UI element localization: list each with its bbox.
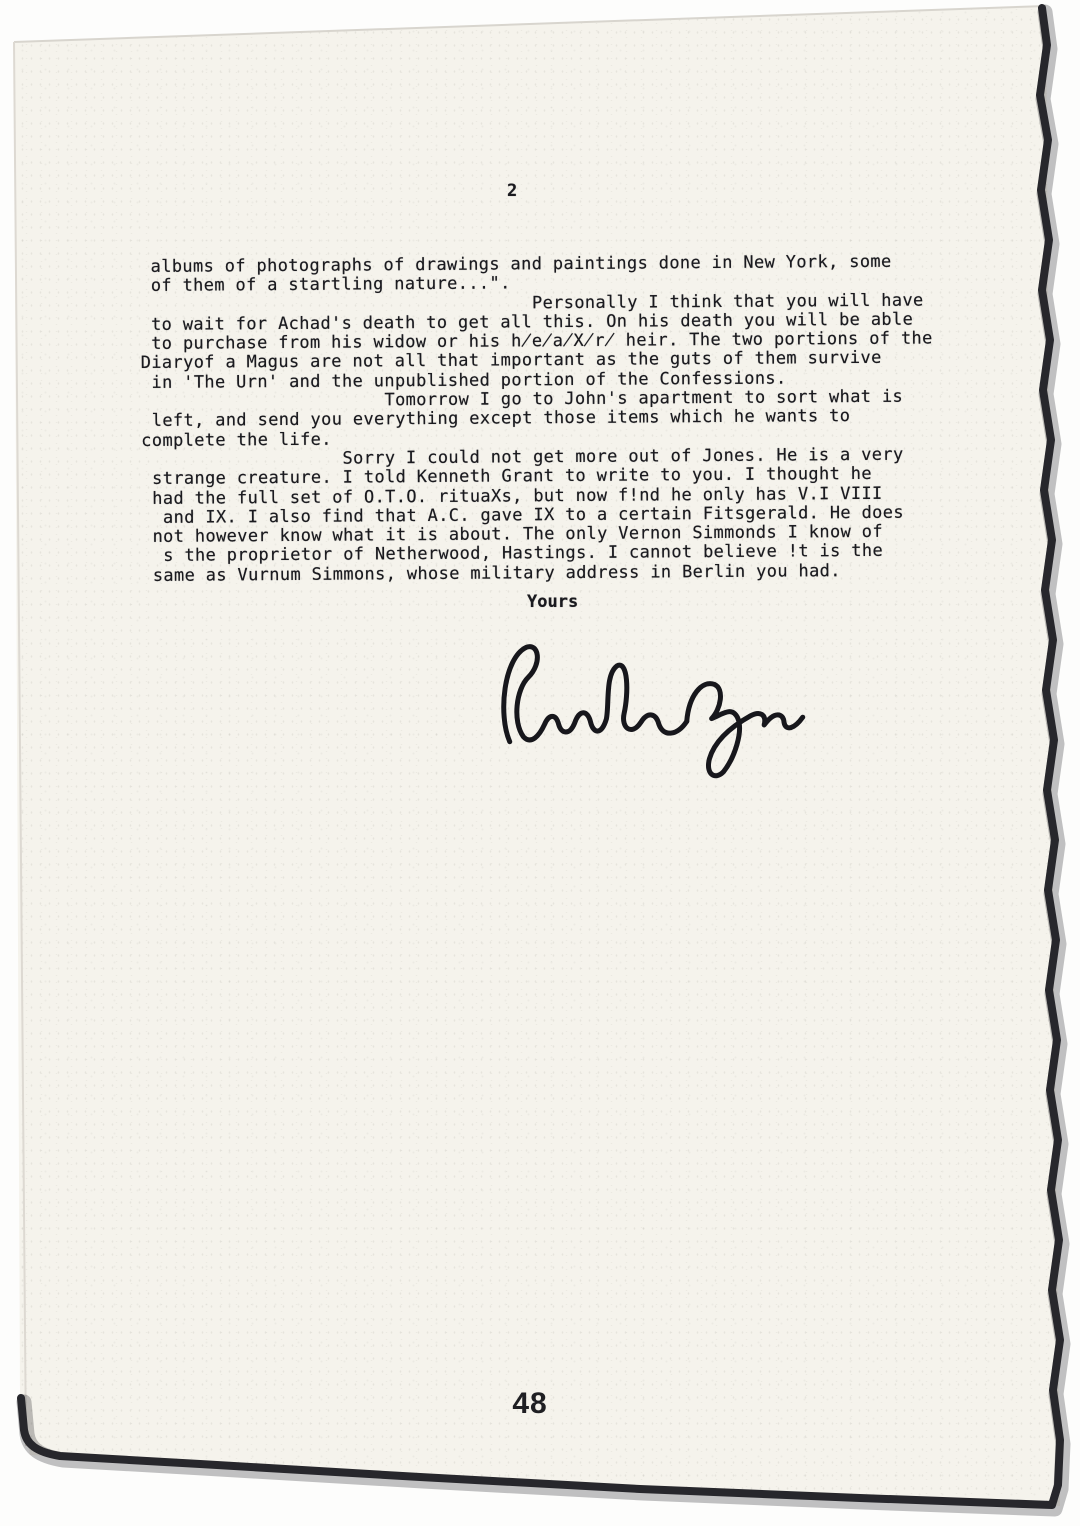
closing-yours: Yours	[527, 592, 578, 612]
scanned-letter-page: 2 albums of photographs of drawings and …	[0, 0, 1080, 1526]
page-top-edge	[14, 6, 1046, 42]
letter-body-text: albums of photographs of drawings and pa…	[140, 252, 934, 586]
page-left-edge	[14, 42, 26, 1446]
book-page-number: 48	[0, 1387, 1060, 1421]
typed-page-number: 2	[507, 181, 517, 201]
signature-scrawl	[478, 612, 823, 797]
